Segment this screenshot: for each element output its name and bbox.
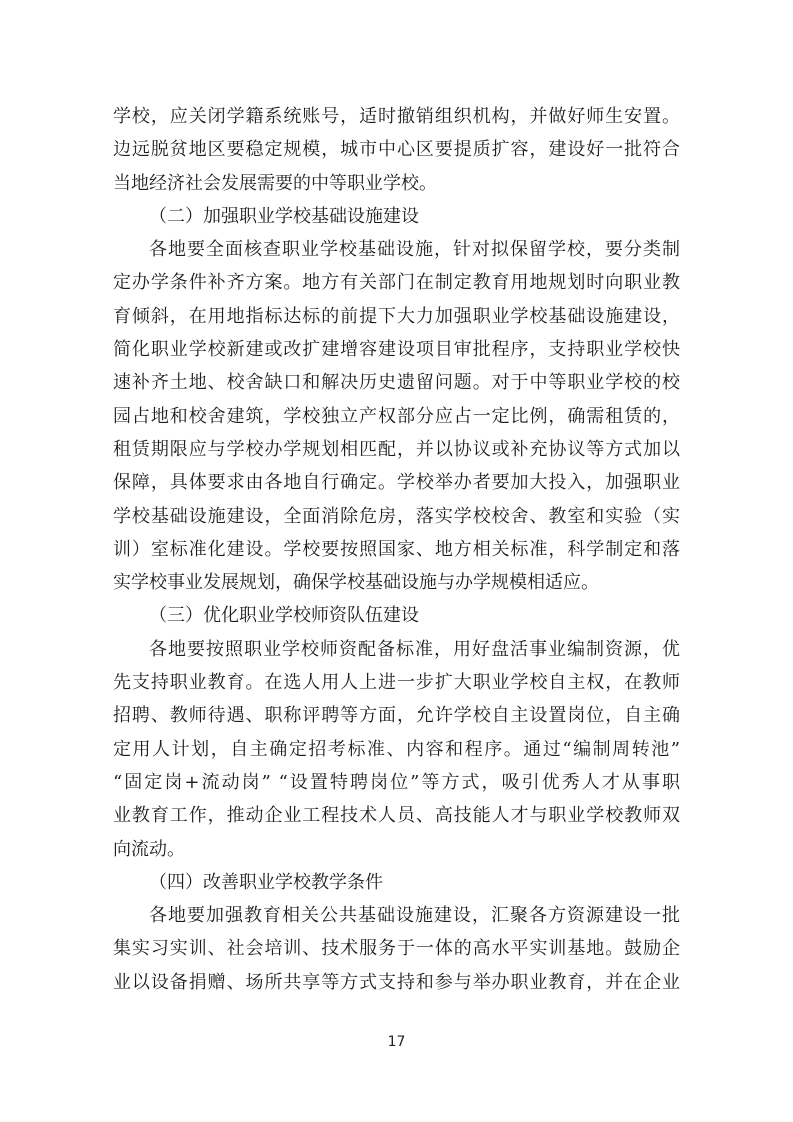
- text-line: 园占地和校舍建筑，学校独立产权部分应占一定比例，确需租赁的，: [113, 400, 680, 433]
- text-line: 各地要加强教育相关公共基础设施建设，汇聚各方资源建设一批: [113, 899, 680, 932]
- text-line: “固定岗+流动岗” “设置特聘岗位”等方式，吸引优秀人才从事职: [113, 766, 680, 799]
- text-line: 学校基础设施建设，全面消除危房，落实学校校舍、教室和实验（实: [113, 500, 680, 533]
- text-line: 先支持职业教育。在选人用人上进一步扩大职业学校自主权，在教师: [113, 666, 680, 699]
- text-line: 简化职业学校新建或改扩建增容建设项目审批程序，支持职业学校快: [113, 333, 680, 366]
- text-line: 训）室标准化建设。学校要按照国家、地方相关标准，科学制定和落: [113, 533, 680, 566]
- text-line: 各地要全面核查职业学校基础设施，针对拟保留学校，要分类制: [113, 233, 680, 266]
- text-line: 学校，应关闭学籍系统账号，适时撤销组织机构，并做好师生安置。: [113, 100, 680, 133]
- text-line: 业以设备捐赠、场所共享等方式支持和参与举办职业教育，并在企业: [113, 966, 680, 999]
- text-line: 速补齐土地、校舍缺口和解决历史遗留问题。对于中等职业学校的校: [113, 366, 680, 399]
- text-line: 各地要按照职业学校师资配备标准，用好盘活事业编制资源，优: [113, 633, 680, 666]
- text-line: 定办学条件补齐方案。地方有关部门在制定教育用地规划时向职业教: [113, 266, 680, 299]
- document-body: 学校，应关闭学籍系统账号，适时撤销组织机构，并做好师生安置。边远脱贫地区要稳定规…: [113, 100, 680, 999]
- text-line: 定用人计划，自主确定招考标准、内容和程序。通过“编制周转池”: [113, 733, 680, 766]
- section-heading-line: （三）优化职业学校师资队伍建设: [113, 599, 680, 632]
- section-heading-line: （二）加强职业学校基础设施建设: [113, 200, 680, 233]
- page-number: 17: [0, 1034, 793, 1050]
- text-line: 租赁期限应与学校办学规划相匹配，并以协议或补充协议等方式加以: [113, 433, 680, 466]
- text-line: 当地经济社会发展需要的中等职业学校。: [113, 167, 680, 200]
- text-line: 保障，具体要求由各地自行确定。学校举办者要加大投入，加强职业: [113, 466, 680, 499]
- text-line: 育倾斜，在用地指标达标的前提下大力加强职业学校基础设施建设，: [113, 300, 680, 333]
- text-line: 业教育工作，推动企业工程技术人员、高技能人才与职业学校教师双: [113, 799, 680, 832]
- document-page: 学校，应关闭学籍系统账号，适时撤销组织机构，并做好师生安置。边远脱贫地区要稳定规…: [0, 0, 793, 1122]
- section-heading-line: （四）改善职业学校教学条件: [113, 866, 680, 899]
- text-line: 边远脱贫地区要稳定规模，城市中心区要提质扩容，建设好一批符合: [113, 133, 680, 166]
- text-line: 集实习实训、社会培训、技术服务于一体的高水平实训基地。鼓励企: [113, 932, 680, 965]
- text-line: 实学校事业发展规划，确保学校基础设施与办学规模相适应。: [113, 566, 680, 599]
- text-line: 向流动。: [113, 833, 680, 866]
- text-line: 招聘、教师待遇、职称评聘等方面，允许学校自主设置岗位，自主确: [113, 699, 680, 732]
